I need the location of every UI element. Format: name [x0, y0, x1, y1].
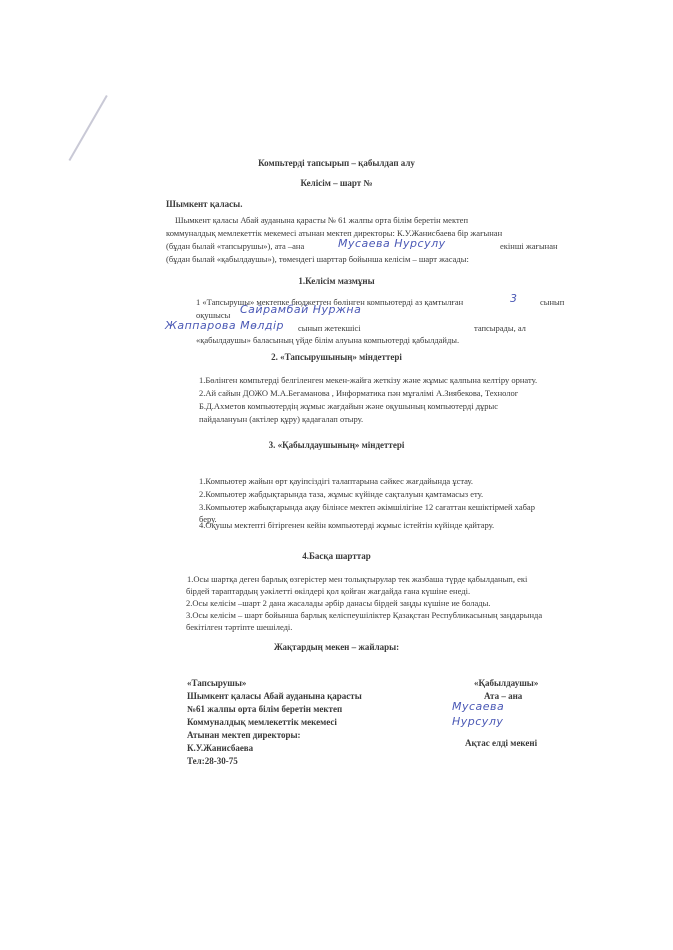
left-party-line: №61 жалпы орта білім беретін мектеп [187, 703, 342, 715]
section-1-title: 1.Келісім мазмұны [0, 276, 673, 286]
document-page: Компьтерді тапсырып – қабылдап алу Келіс… [0, 0, 673, 950]
section-3-title: 3. «Қабылдаушының» міндеттері [0, 440, 673, 450]
left-party-line: Шымкент қаласы Абай ауданына қарасты [187, 690, 362, 702]
handwritten-parent-name: Мусаева Нурсулу [338, 237, 446, 250]
section-2-item: Б.Д.Ахметов компьютердің жұмыс жағдайын … [199, 400, 498, 412]
section-1-line-3b: тапсырады, ал [474, 322, 526, 334]
intro-line-3a: (бұдан былай «тапсырушы»), ата –ана [166, 240, 304, 252]
document-subtitle: Келісім – шарт № [0, 178, 673, 188]
intro-line-3b: екінші жағынан [500, 240, 558, 252]
section-1-line-4: «қабылдаушы» баласының үйде білім алуына… [196, 334, 459, 346]
left-party-line: К.У.Жанисбаева [187, 742, 253, 754]
right-party-place: Ақтас елді мекені [465, 737, 537, 749]
intro-line-2: коммуналдық мемлекеттік мекемесі атынан … [166, 227, 502, 239]
handwritten-signature-line-1: Мусаева [452, 700, 504, 713]
section-2-title: 2. «Тапсырушының» міндеттері [0, 352, 673, 362]
right-party-label: «Қабылдаушы» [474, 677, 538, 689]
addresses-title: Жақтардың мекен – жайлары: [0, 642, 673, 652]
handwritten-student-name: Сайрамбай Нуржна [240, 303, 361, 316]
left-party-phone: Тел:28-30-75 [187, 755, 238, 767]
section-2-item: 1.Бөлінген компьтерді белгіленген мекен-… [199, 374, 537, 386]
section-2-item: пайдалануын (актілер құру) қадағалап оты… [199, 413, 363, 425]
section-4-item: бірдей тараптардың уәкілетті өкілдері қо… [186, 585, 470, 597]
section-2-item: 2.Ай сайын ДОЖО М.А.Бегаманова , Информа… [199, 387, 518, 399]
intro-line-4: (бұдан былай «қабылдаушы»), төмендегі ша… [166, 253, 469, 265]
left-party-line: Атынан мектеп директоры: [187, 729, 301, 741]
document-title: Компьтерді тапсырып – қабылдап алу [0, 158, 673, 168]
section-4-item: бекітілген тәртіпте шешіледі. [186, 621, 292, 633]
section-4-title: 4.Басқа шарттар [0, 551, 673, 561]
left-party-label: «Тапсырушы» [187, 677, 246, 689]
section-1-line-1b: сынып [540, 296, 564, 308]
pen-stroke-mark [69, 95, 108, 161]
section-4-item: 2.Осы келісім –шарт 2 дана жасалады әрбі… [186, 597, 490, 609]
section-4-item: 3.Осы келісім – шарт бойынша барлық келі… [186, 609, 542, 621]
section-3-item: 1.Компьютер жайын өрт қауіпсіздігі талап… [199, 475, 473, 487]
intro-line-1: Шымкент қаласы Абай ауданына қарасты № 6… [175, 214, 468, 226]
section-3-item: 3.Компьютер жабықтарында ақау білінсе ме… [199, 501, 535, 513]
section-1-line-3a: сынып жетекшісі [298, 322, 361, 334]
section-3-item: 2.Компьютер жабдықтарында таза, жұмыс кү… [199, 488, 483, 500]
handwritten-teacher-name: Жаппарова Мөлдір [165, 319, 284, 332]
left-party-line: Коммуналдық мемлекеттік мекемесі [187, 716, 337, 728]
city-label: Шымкент қаласы. [166, 198, 242, 210]
handwritten-signature-line-2: Нурсулу [452, 715, 503, 728]
section-3-item: 4.Оқушы мектепті бітіргенен кейін компью… [199, 519, 494, 531]
handwritten-grade: 3 [510, 292, 518, 305]
section-4-item: 1.Осы шартқа деген барлық өзгерістер мен… [187, 573, 527, 585]
